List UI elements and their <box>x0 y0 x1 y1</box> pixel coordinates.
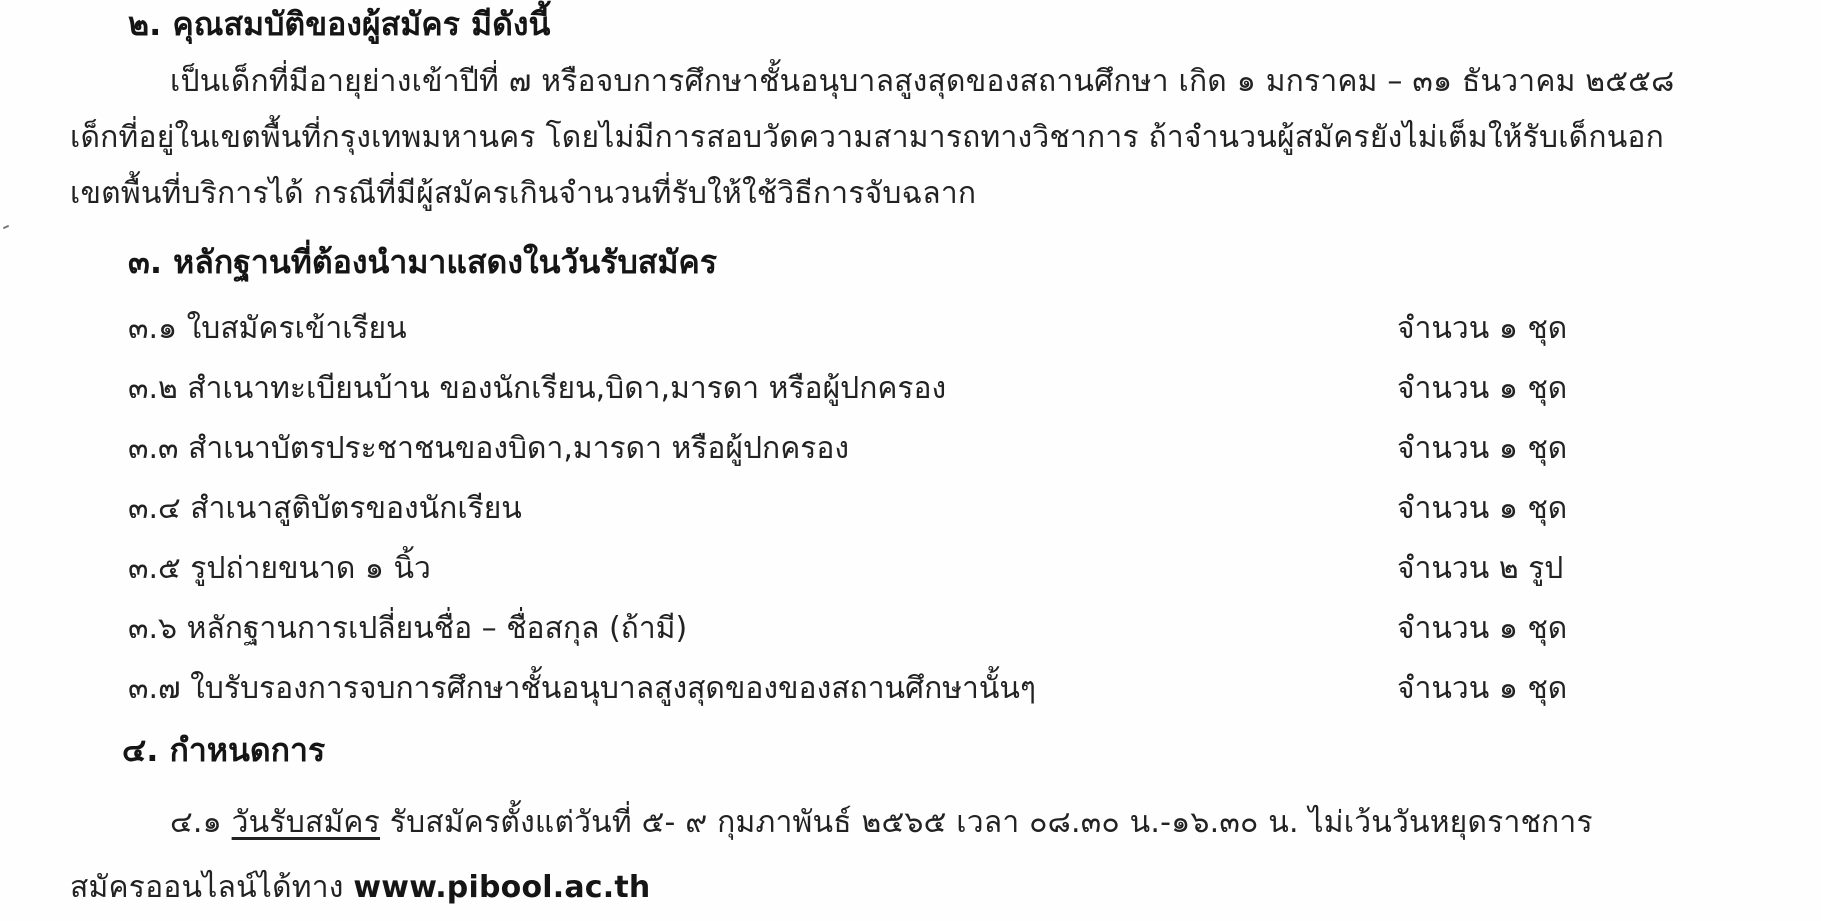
document-item-label: ๓.๒ สำเนาทะเบียนบ้าน ของนักเรียน,บิดา,มา… <box>128 369 946 409</box>
document-item-label: ๓.๗ ใบรับรองการจบการศึกษาชั้นอนุบาลสูงสุ… <box>128 669 1036 709</box>
section-2-paragraph-line-2: เด็กที่อยู่ในเขตพื้นที่กรุงเทพมหานคร โดย… <box>70 118 1664 158</box>
online-application-prefix: สมัครออนไลน์ได้ทาง <box>70 870 353 905</box>
online-application-line: สมัครออนไลน์ได้ทาง www.pibool.ac.th <box>70 868 650 908</box>
schedule-item-number: ๔.๑ <box>170 805 222 840</box>
section-3-heading: ๓. หลักฐานที่ต้องนำมาแสดงในวันรับสมัคร <box>128 240 717 284</box>
document-page: ๒. คุณสมบัติของผู้สมัคร มีดังนี้ เป็นเด็… <box>0 0 1821 921</box>
application-day-title: วันรับสมัคร <box>232 805 380 840</box>
section-2-paragraph-line-1: เป็นเด็กที่มีอายุย่างเข้าปีที่ ๗ หรือจบก… <box>170 62 1674 102</box>
document-item-quantity: จำนวน ๑ ชุด <box>1397 669 1567 709</box>
document-item-label: ๓.๓ สำเนาบัตรประชาชนของบิดา,มารดา หรือผู… <box>128 429 849 469</box>
document-item-label: ๓.๕ รูปถ่ายขนาด ๑ นิ้ว <box>128 549 431 589</box>
document-item-quantity: จำนวน ๑ ชุด <box>1397 369 1567 409</box>
document-item-quantity: จำนวน ๑ ชุด <box>1397 429 1567 469</box>
schedule-item-4-1: ๔.๑ วันรับสมัคร รับสมัครตั้งแต่วันที่ ๕-… <box>170 803 1593 843</box>
document-item-label: ๓.๖ หลักฐานการเปลี่ยนชื่อ – ชื่อสกุล (ถ้… <box>128 609 687 649</box>
document-item-quantity: จำนวน ๒ รูป <box>1397 549 1563 589</box>
application-day-text: รับสมัครตั้งแต่วันที่ ๕- ๙ กุมภาพันธ์ ๒๕… <box>380 805 1593 840</box>
section-2-heading: ๒. คุณสมบัติของผู้สมัคร มีดังนี้ <box>128 2 550 46</box>
document-item-quantity: จำนวน ๑ ชุด <box>1397 609 1567 649</box>
document-item-quantity: จำนวน ๑ ชุด <box>1397 309 1567 349</box>
document-item-label: ๓.๔ สำเนาสูติบัตรของนักเรียน <box>128 489 522 529</box>
scan-speck <box>3 225 9 229</box>
section-2-paragraph-line-3: เขตพื้นที่บริการได้ กรณีที่มีผู้สมัครเกิ… <box>70 174 976 214</box>
online-application-url[interactable]: www.pibool.ac.th <box>353 870 650 905</box>
document-item-quantity: จำนวน ๑ ชุด <box>1397 489 1567 529</box>
document-item-label: ๓.๑ ใบสมัครเข้าเรียน <box>128 309 407 349</box>
section-4-heading: ๔. กำหนดการ <box>122 728 325 772</box>
